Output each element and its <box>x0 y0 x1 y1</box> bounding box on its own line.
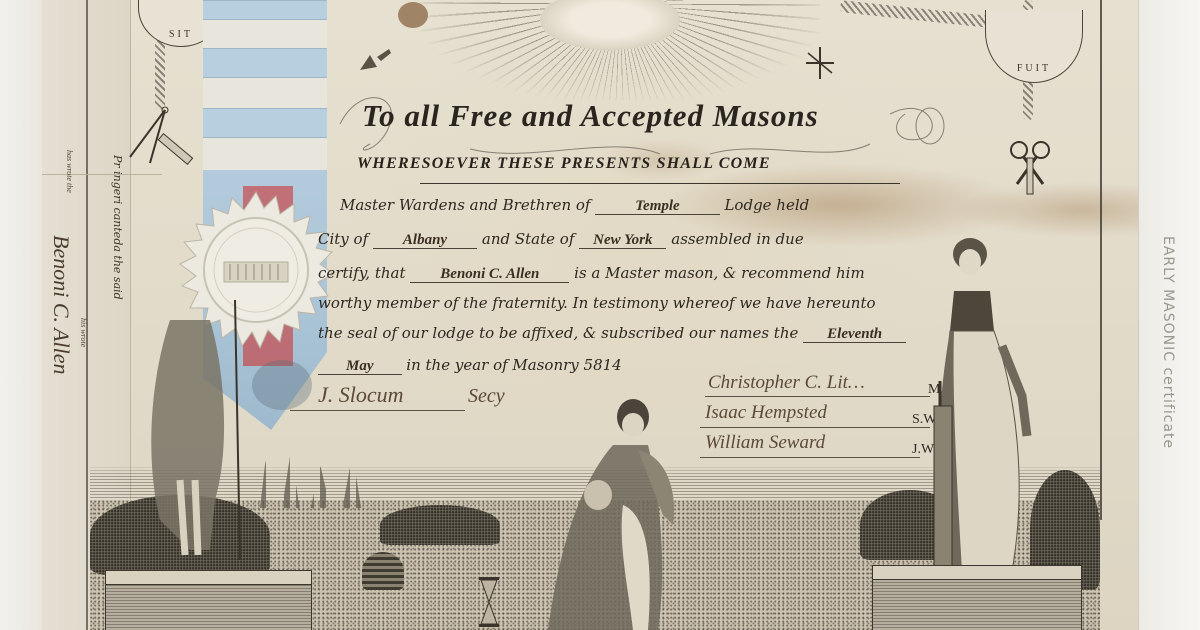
margin-note-top: has wrote the <box>65 150 74 193</box>
crossed-keys-icon <box>1005 140 1055 195</box>
body-line-4: worthy member of the fraternity. In test… <box>318 294 876 312</box>
signature-line <box>290 410 465 411</box>
ribbon-stripe <box>203 48 327 78</box>
right-pedestal <box>872 579 1082 630</box>
mount-margin-left <box>0 0 42 630</box>
trowel-hammer-icon <box>355 45 395 75</box>
margin-printed-text: Pr ingeri canteda the said <box>96 155 124 435</box>
hourglass-icon <box>478 577 500 627</box>
ribbon-white <box>203 0 327 170</box>
body-text: is a Master mason, & recommend him <box>574 264 865 282</box>
city-name: Albany <box>373 232 477 249</box>
water-stain <box>252 360 312 410</box>
body-line-3: certify, that Benoni C. Allen is a Maste… <box>318 264 865 283</box>
masonic-year: 5814 <box>584 356 622 374</box>
state-name: New York <box>579 232 666 249</box>
member-name: Benoni C. Allen <box>410 266 569 283</box>
certificate-subheading: WHERESOEVER THESE PRESENTS SHALL COME <box>357 155 771 173</box>
secretary-title: Secy <box>468 385 505 408</box>
garland-left <box>155 40 165 110</box>
charity-figure-with-children <box>538 395 698 630</box>
banner-fuit-text: FUIT <box>1017 63 1051 74</box>
body-text: and State of <box>482 230 574 248</box>
signature-line <box>700 457 920 458</box>
day-value: Eleventh <box>803 326 906 343</box>
ribbon-stripe <box>203 0 327 20</box>
margin-signature: Benoni C. Allen <box>48 235 74 375</box>
body-text: worthy member of the fraternity. In test… <box>318 294 876 312</box>
archive-pencil-note: EARLY MASONIC certificate <box>1160 236 1176 449</box>
ribbon-stripe <box>203 108 327 138</box>
officer-signature: William Seward <box>705 432 825 454</box>
engraved-border-right <box>1100 0 1102 520</box>
lodge-name: Temple <box>595 198 719 215</box>
body-line-5: the seal of our lodge to be affixed, & s… <box>318 324 906 343</box>
engraved-border-left <box>86 0 88 630</box>
beehive-icon <box>362 552 404 590</box>
left-pedestal <box>105 584 312 630</box>
margin-note-bottom: his wrote <box>79 318 88 347</box>
secretary-signature: J. Slocum <box>318 382 404 408</box>
right-allegorical-figure <box>932 236 1042 581</box>
signature-line <box>700 427 930 428</box>
officer-signature: Isaac Hempsted <box>705 402 827 424</box>
ink-stain <box>398 2 428 28</box>
body-line-2: City of Albany and State of New York ass… <box>318 230 804 249</box>
body-text: in the year of Masonry <box>406 356 578 374</box>
banner-sit-text: SIT <box>169 29 193 40</box>
body-text: Lodge held <box>724 196 809 214</box>
body-text: the seal of our lodge to be affixed, & s… <box>318 324 798 342</box>
signature-line <box>705 396 930 397</box>
body-line-1: Master Wardens and Brethren of Temple Lo… <box>340 196 809 215</box>
body-text: City of <box>318 230 368 248</box>
heading-rule <box>420 183 900 184</box>
officer-signature: Christopher C. Lit… <box>708 372 865 394</box>
square-compass-icon <box>125 105 205 165</box>
body-text: Master Wardens and Brethren of <box>340 196 590 214</box>
certificate-heading: To all Free and Accepted Masons <box>362 98 819 134</box>
body-text: certify, that <box>318 264 406 282</box>
body-line-6: May in the year of Masonry 5814 <box>318 356 622 375</box>
month-value: May <box>318 358 402 375</box>
level-plumb-icon <box>800 45 840 81</box>
engraved-bushes <box>380 505 500 545</box>
left-allegorical-figure <box>140 300 250 570</box>
body-text: assembled in due <box>671 230 803 248</box>
